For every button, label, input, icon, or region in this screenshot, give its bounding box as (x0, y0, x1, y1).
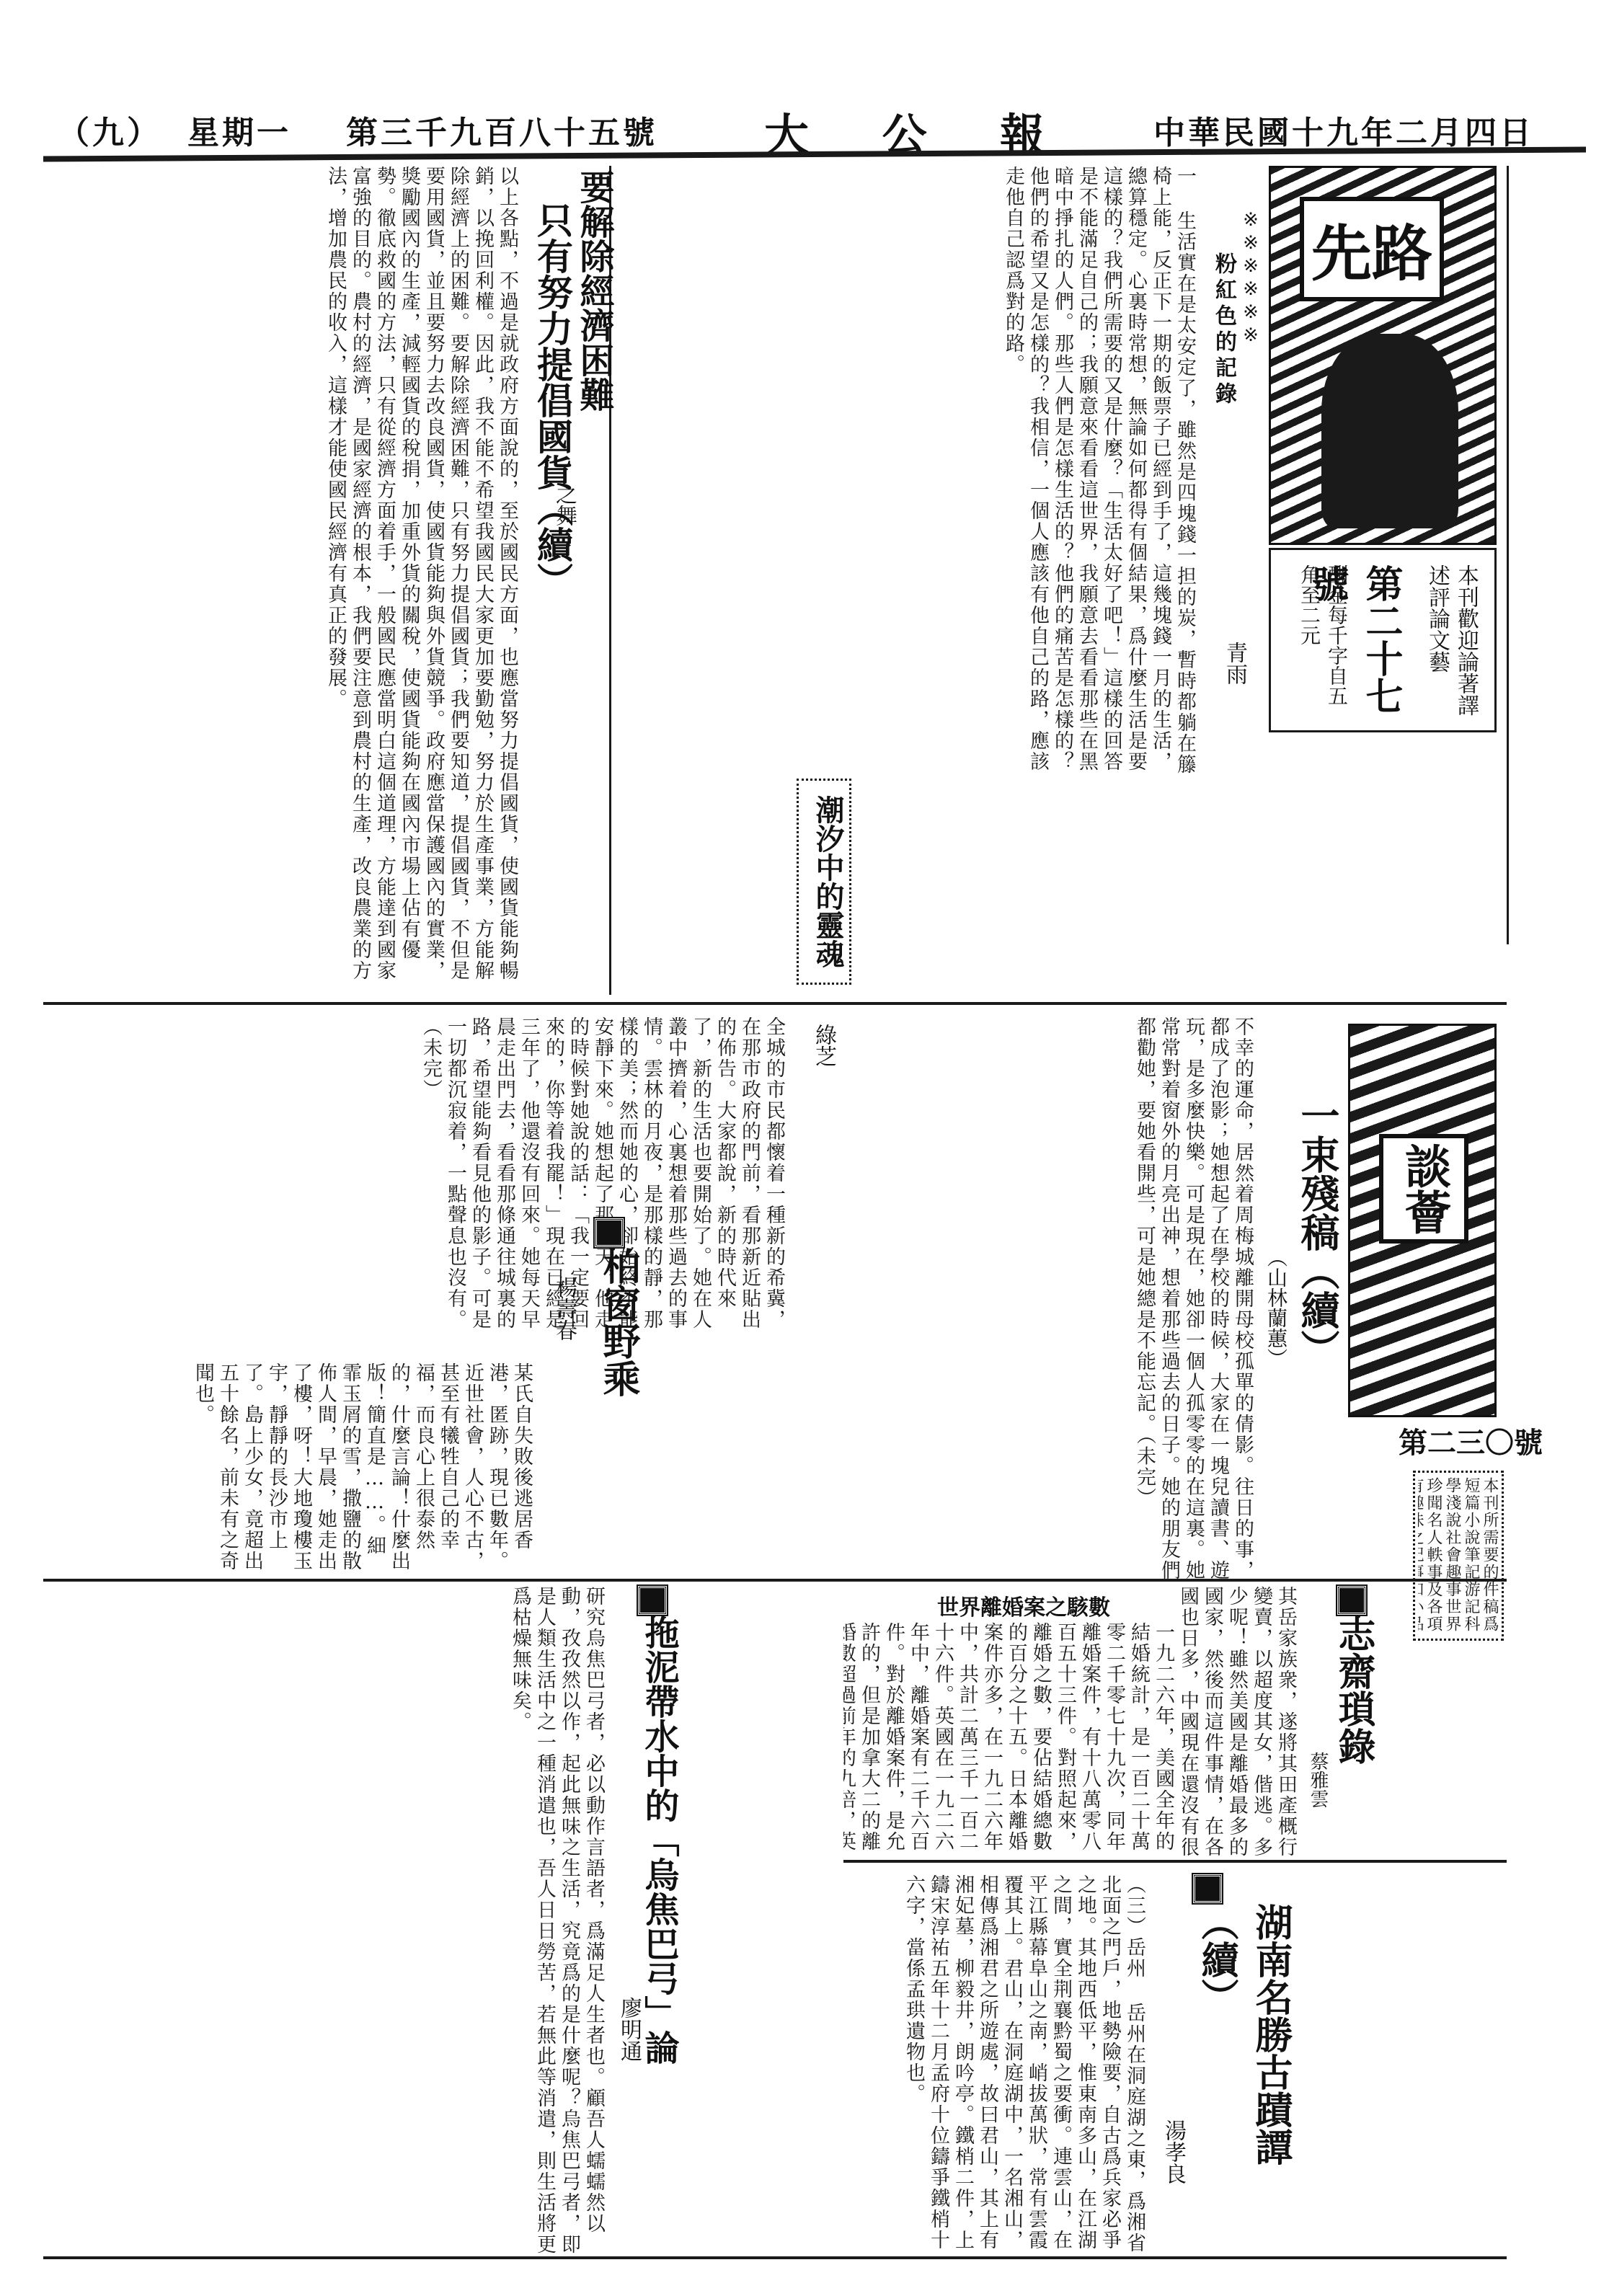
section-marker-icon (1193, 1874, 1222, 1903)
zhizhai-body: 其岳家族衆，遂將其田產概行變賣，以超度其女，偕逃。多少呢！雖然美國是離婚最多的國… (1182, 1586, 1298, 1860)
section-rule (43, 1002, 1507, 1005)
zhizhai-author: 蔡雅雲 (1305, 1752, 1331, 1808)
section-rule (43, 1579, 1507, 1582)
wujiao-body: 研究烏焦巴弓者，必以動作言語者，爲滿足人生者也。顧吾人蠕蠕然以動，孜孜然以作，起… (43, 1586, 606, 2256)
remnant-title: 一束殘稿（續） (1290, 1096, 1346, 1368)
tide-soul-author: 綠芝 (807, 1024, 839, 1067)
economy-author: 之舞 (548, 483, 580, 526)
wujiao-author: 廖明通 (613, 1997, 644, 2062)
tanhui-masthead: 談薈 (1379, 1134, 1468, 1244)
page-border-right (1507, 166, 1509, 944)
publication-date: 中華民國十九年二月四日 (1153, 107, 1534, 153)
section-rule (843, 1860, 1507, 1863)
masthead-bar: （九） 星期一 第三千九百八十五號 大 公 報 中華民國十九年二月四日 (43, 94, 1586, 162)
issue-number: 第三千九百八十五號 (346, 107, 657, 153)
zhizhai-title: 志齋瑣錄 (1326, 1615, 1381, 1765)
xianlu-info-box: 本刊歡迎論著譯述評論文藝 第二十七號 酬金每千字自五角至二元 (1269, 548, 1497, 732)
divorce-body: 一九二六年，美國全年的結婚統計，是一百二十萬零二千零七十九次，同年離婚案件，有十… (843, 1622, 1175, 1860)
tanhui-number: 第二三〇號 (1399, 1420, 1543, 1461)
tanhui-notice-box: 本刊所需要的件稿爲短篇小說筆記游記科學淺說社會趣事世界珍聞名人軼事及各項有趣味之… (1413, 1471, 1504, 1641)
tide-soul-title-box: 潮汐中的靈魂 (797, 779, 851, 985)
remnant-author: （山林蘭蕙） (1262, 1247, 1290, 1368)
section-marker-icon (638, 1586, 667, 1615)
tanhui-notice: 本刊所需要的件稿爲短篇小說筆記游記科學淺說社會趣事世界珍聞名人軼事及各項有趣味之… (1418, 1477, 1499, 1636)
tide-soul-body: 全城的市民都懷着一種新的希冀，在那市政府的門前，看那新近貼出的佈告。大家都說，新… (43, 1016, 786, 1348)
ornament-stars: ※※※※※※ (1240, 209, 1262, 425)
weekday: 星期一 (187, 107, 291, 153)
divorce-title: 世界離婚案之駭數 (937, 1590, 1110, 1621)
xianlu-masthead: 先路 (1300, 197, 1444, 301)
xianlu-illustration: 先路 (1269, 166, 1497, 545)
section-marker-icon (1337, 1586, 1366, 1615)
economy-subheadline: 只有努力提倡國貨（續） (526, 202, 578, 598)
hunan-body: （三）岳州 岳州在洞庭湖之東，爲湘省北面之門戶，地勢險要，自古爲兵家必爭之地。其… (678, 1874, 1146, 2256)
tanhui-illustration: 談薈 (1348, 1024, 1497, 1417)
hunan-title: 湖南名勝古蹟譚（續） (1189, 1903, 1298, 2256)
page-number: （九） (58, 107, 161, 153)
section-marker-icon (595, 1218, 624, 1247)
baichuang-title: 柏窗野乘 (591, 1247, 645, 1397)
xianlu-pay: 酬金每千字自五角至二元 (1295, 564, 1350, 716)
newspaper-page: （九） 星期一 第三千九百八十五號 大 公 報 中華民國十九年二月四日 先路 本… (43, 94, 1586, 2256)
economy-body: 以上各點，不過是就政府方面說的，至於國民方面，也應當努力提倡國貨，使國貨能夠暢銷… (43, 166, 519, 995)
story-title: 粉紅色的記錄 (1207, 252, 1239, 408)
remnant-body: 不幸的運命，居然着周梅城離開母校孤單的倩影。往日的事，都成了泡影；她想起了在學校… (865, 1016, 1254, 1586)
horse-rider-figure (1321, 334, 1458, 528)
story-author: 青雨 (1218, 642, 1250, 685)
story-body: 一 生活實在是太安定了，雖然是四塊錢一担的炭，暫時都躺在籐椅上能，反正下一期的飯… (634, 166, 1197, 786)
hunan-author: 湯孝良 (1157, 2119, 1189, 2184)
xianlu-welcome: 本刊歡迎論著譯述評論文藝 (1422, 564, 1480, 716)
baichuang-body: 某氏自失敗後逃居香港，匿跡，現已數年。近世社會，人心不古，甚至有犧牲自己的幸福，… (43, 1362, 533, 1572)
baichuang-author: 楊壽春 (548, 1276, 580, 1341)
page-bottom-rule (43, 2256, 1507, 2259)
tide-soul-title: 潮汐中的靈魂 (807, 795, 848, 968)
